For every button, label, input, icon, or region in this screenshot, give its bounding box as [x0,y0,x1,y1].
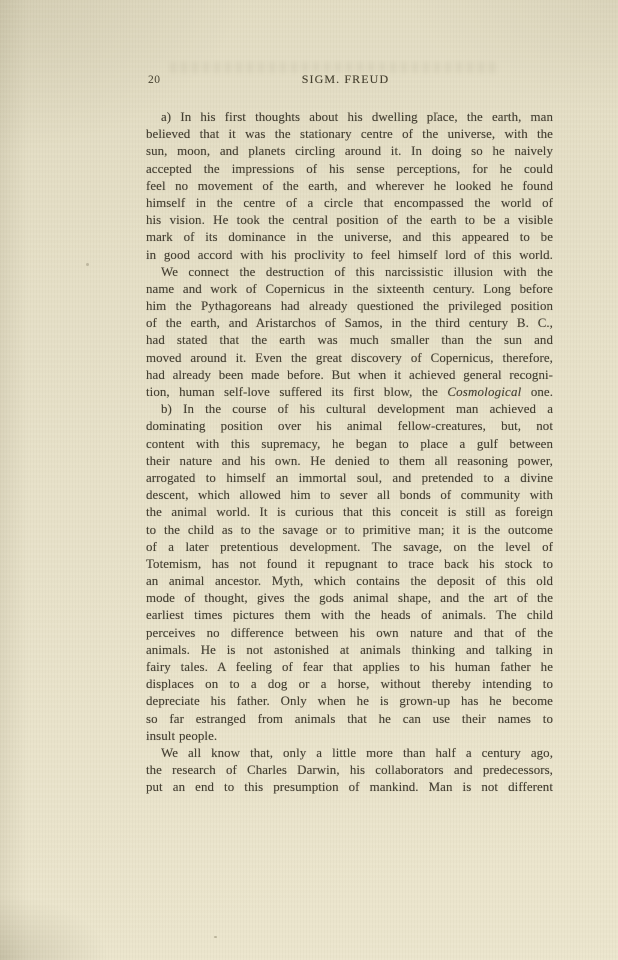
text-line: their nature and his own. He denied to t… [146,453,553,470]
text-line: mode of thought, gives the gods animal s… [146,590,553,607]
text-line: descent, which allowed him to sever all … [146,487,553,504]
text-line: perceives no difference between his own … [146,625,553,642]
text-line: We all know that, only a little more tha… [146,745,553,762]
book-page-scan: 20 SIGM. FREUD a) In his first thoughts … [0,0,618,960]
text-line: sun, moon, and planets circling around i… [146,143,553,160]
paragraph: We connect the destruction of this narci… [146,264,553,402]
paragraph: b) In the course of his cultural develop… [146,401,553,745]
text-line: displaces on to a dog or a horse, withou… [146,676,553,693]
text-line: mark of its dominance in the universe, a… [146,229,553,246]
paragraph: a) In his first thoughts about his dwell… [146,109,553,264]
text-line: animals. He is not astonished at animals… [146,642,553,659]
text-line: Totemism, has not found it repugnant to … [146,556,553,573]
text-line: earliest times pictures them with the he… [146,607,553,624]
text-line: had already been made before. But when i… [146,367,553,384]
text-line: dominating position over his animal fell… [146,418,553,435]
text-line: tion, human self-love suffered its first… [146,384,553,401]
text-line: so far estranged from animals that he ca… [146,711,553,728]
text-line: his vision. He took the central position… [146,212,553,229]
text-line: a) In his first thoughts about his dwell… [146,109,553,126]
text-line: in good accord with his proclivity to fe… [146,247,553,264]
text-line: had stated that the earth was much small… [146,332,553,349]
page-header: 20 SIGM. FREUD [146,72,553,88]
text-line: b) In the course of his cultural develop… [146,401,553,418]
text-line: insult people. [146,728,553,745]
running-title: SIGM. FREUD [146,72,545,87]
text-line: put an end to this presumption of mankin… [146,779,553,796]
text-line: himself in the centre of a circle that e… [146,195,553,212]
text-block: a) In his first thoughts about his dwell… [146,109,553,797]
text-line: him the Pythagoreans had already questio… [146,298,553,315]
text-line: fairy tales. A feeling of fear that appl… [146,659,553,676]
text-line: We connect the destruction of this narci… [146,264,553,281]
paper-speck [86,263,89,266]
text-line: arrogated to himself an immortal soul, a… [146,470,553,487]
paper-speck [214,936,217,938]
paragraph: We all know that, only a little more tha… [146,745,553,797]
text-line: the animal world. It is curious that thi… [146,504,553,521]
text-line: content with this supremacy, he began to… [146,436,553,453]
text-line: of the earth, and Aristarchos of Samos, … [146,315,553,332]
text-line: moved around it. Even the great discover… [146,350,553,367]
text-line: feel no movement of the earth, and where… [146,178,553,195]
text-line: to the child as to the savage or to prim… [146,522,553,539]
text-line: the research of Charles Darwin, his coll… [146,762,553,779]
text-line: depreciate his father. Only when he is g… [146,693,553,710]
text-line: of a later pretentious development. The … [146,539,553,556]
text-line: believed that it was the stationary cent… [146,126,553,143]
text-line: name and work of Copernicus in the sixte… [146,281,553,298]
text-line: accepted the impressions of his sense pe… [146,161,553,178]
text-line: an animal ancestor. Myth, which contains… [146,573,553,590]
